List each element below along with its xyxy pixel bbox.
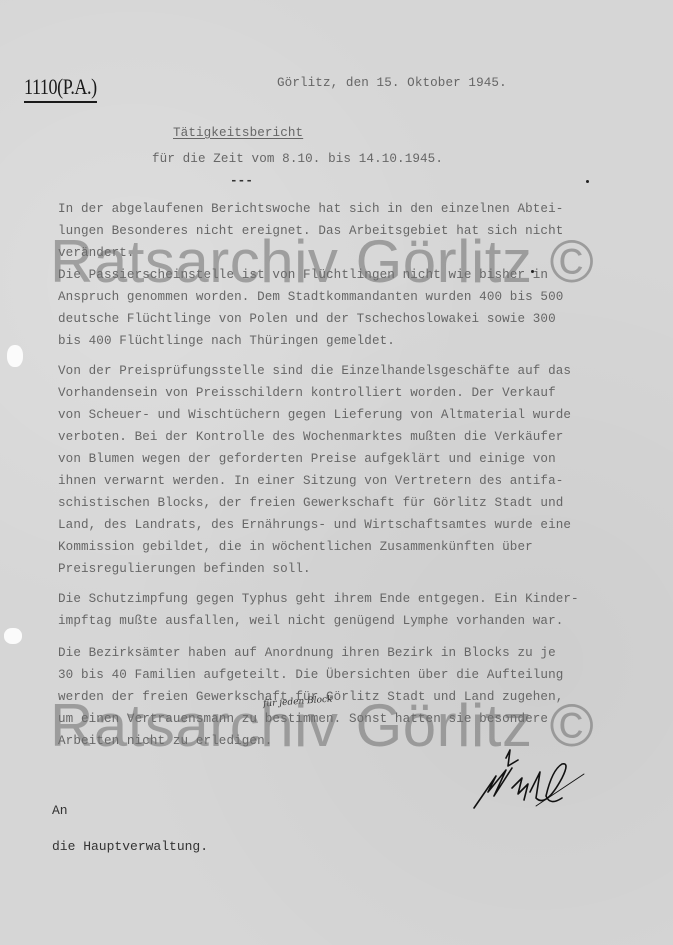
place-date: Görlitz, den 15. Oktober 1945. [277, 76, 507, 90]
document-subtitle: für die Zeit vom 8.10. bis 14.10.1945. [152, 152, 443, 166]
separator: --- [230, 174, 253, 188]
punch-hole-bottom [4, 628, 22, 644]
report-line: verboten. Bei der Kontrolle des Wochenma… [58, 430, 563, 444]
report-line: Land, des Landrats, des Ernährungs- und … [58, 518, 571, 532]
punch-hole-top [7, 345, 23, 367]
ink-speck [586, 180, 589, 183]
recipient-label: An [52, 803, 68, 818]
archive-number: 1110(P.A.) [24, 74, 97, 103]
report-line: deutsche Flüchtlinge von Polen und der T… [58, 312, 556, 326]
report-line: Kommission gebildet, die in wöchentliche… [58, 540, 533, 554]
signature [466, 748, 596, 818]
report-line: bis 400 Flüchtlinge nach Thüringen gemel… [58, 334, 395, 348]
report-line: von Blumen wegen der geforderten Preise … [58, 452, 556, 466]
report-line: von Scheuer- und Wischtüchern gegen Lief… [58, 408, 571, 422]
report-line: Die Schutzimpfung gegen Typhus geht ihre… [58, 592, 579, 606]
watermark-bottom: Ratsarchiv Görlitz © [50, 696, 594, 756]
report-line: In der abgelaufenen Berichtswoche hat si… [58, 202, 563, 216]
recipient: die Hauptverwaltung. [52, 839, 208, 854]
ink-speck [531, 270, 534, 273]
report-line: schistischen Blocks, der freien Gewerksc… [58, 496, 563, 510]
report-line: Vorhandensein von Preisschildern kontrol… [58, 386, 556, 400]
report-line: 30 bis 40 Familien aufgeteilt. Die Übers… [58, 668, 563, 682]
watermark-top: Ratsarchiv Görlitz © [50, 232, 594, 292]
report-line: Von der Preisprüfungsstelle sind die Ein… [58, 364, 571, 378]
document-page: 1110(P.A.) Görlitz, den 15. Oktober 1945… [0, 0, 673, 945]
report-line: Die Bezirksämter haben auf Anordnung ihr… [58, 646, 556, 660]
report-line: Preisregulierungen befinden soll. [58, 562, 311, 576]
document-title: Tätigkeitsbericht [173, 126, 303, 140]
report-line: ihnen verwarnt werden. In einer Sitzung … [58, 474, 563, 488]
report-line: impftag mußte ausfallen, weil nicht genü… [58, 614, 563, 628]
